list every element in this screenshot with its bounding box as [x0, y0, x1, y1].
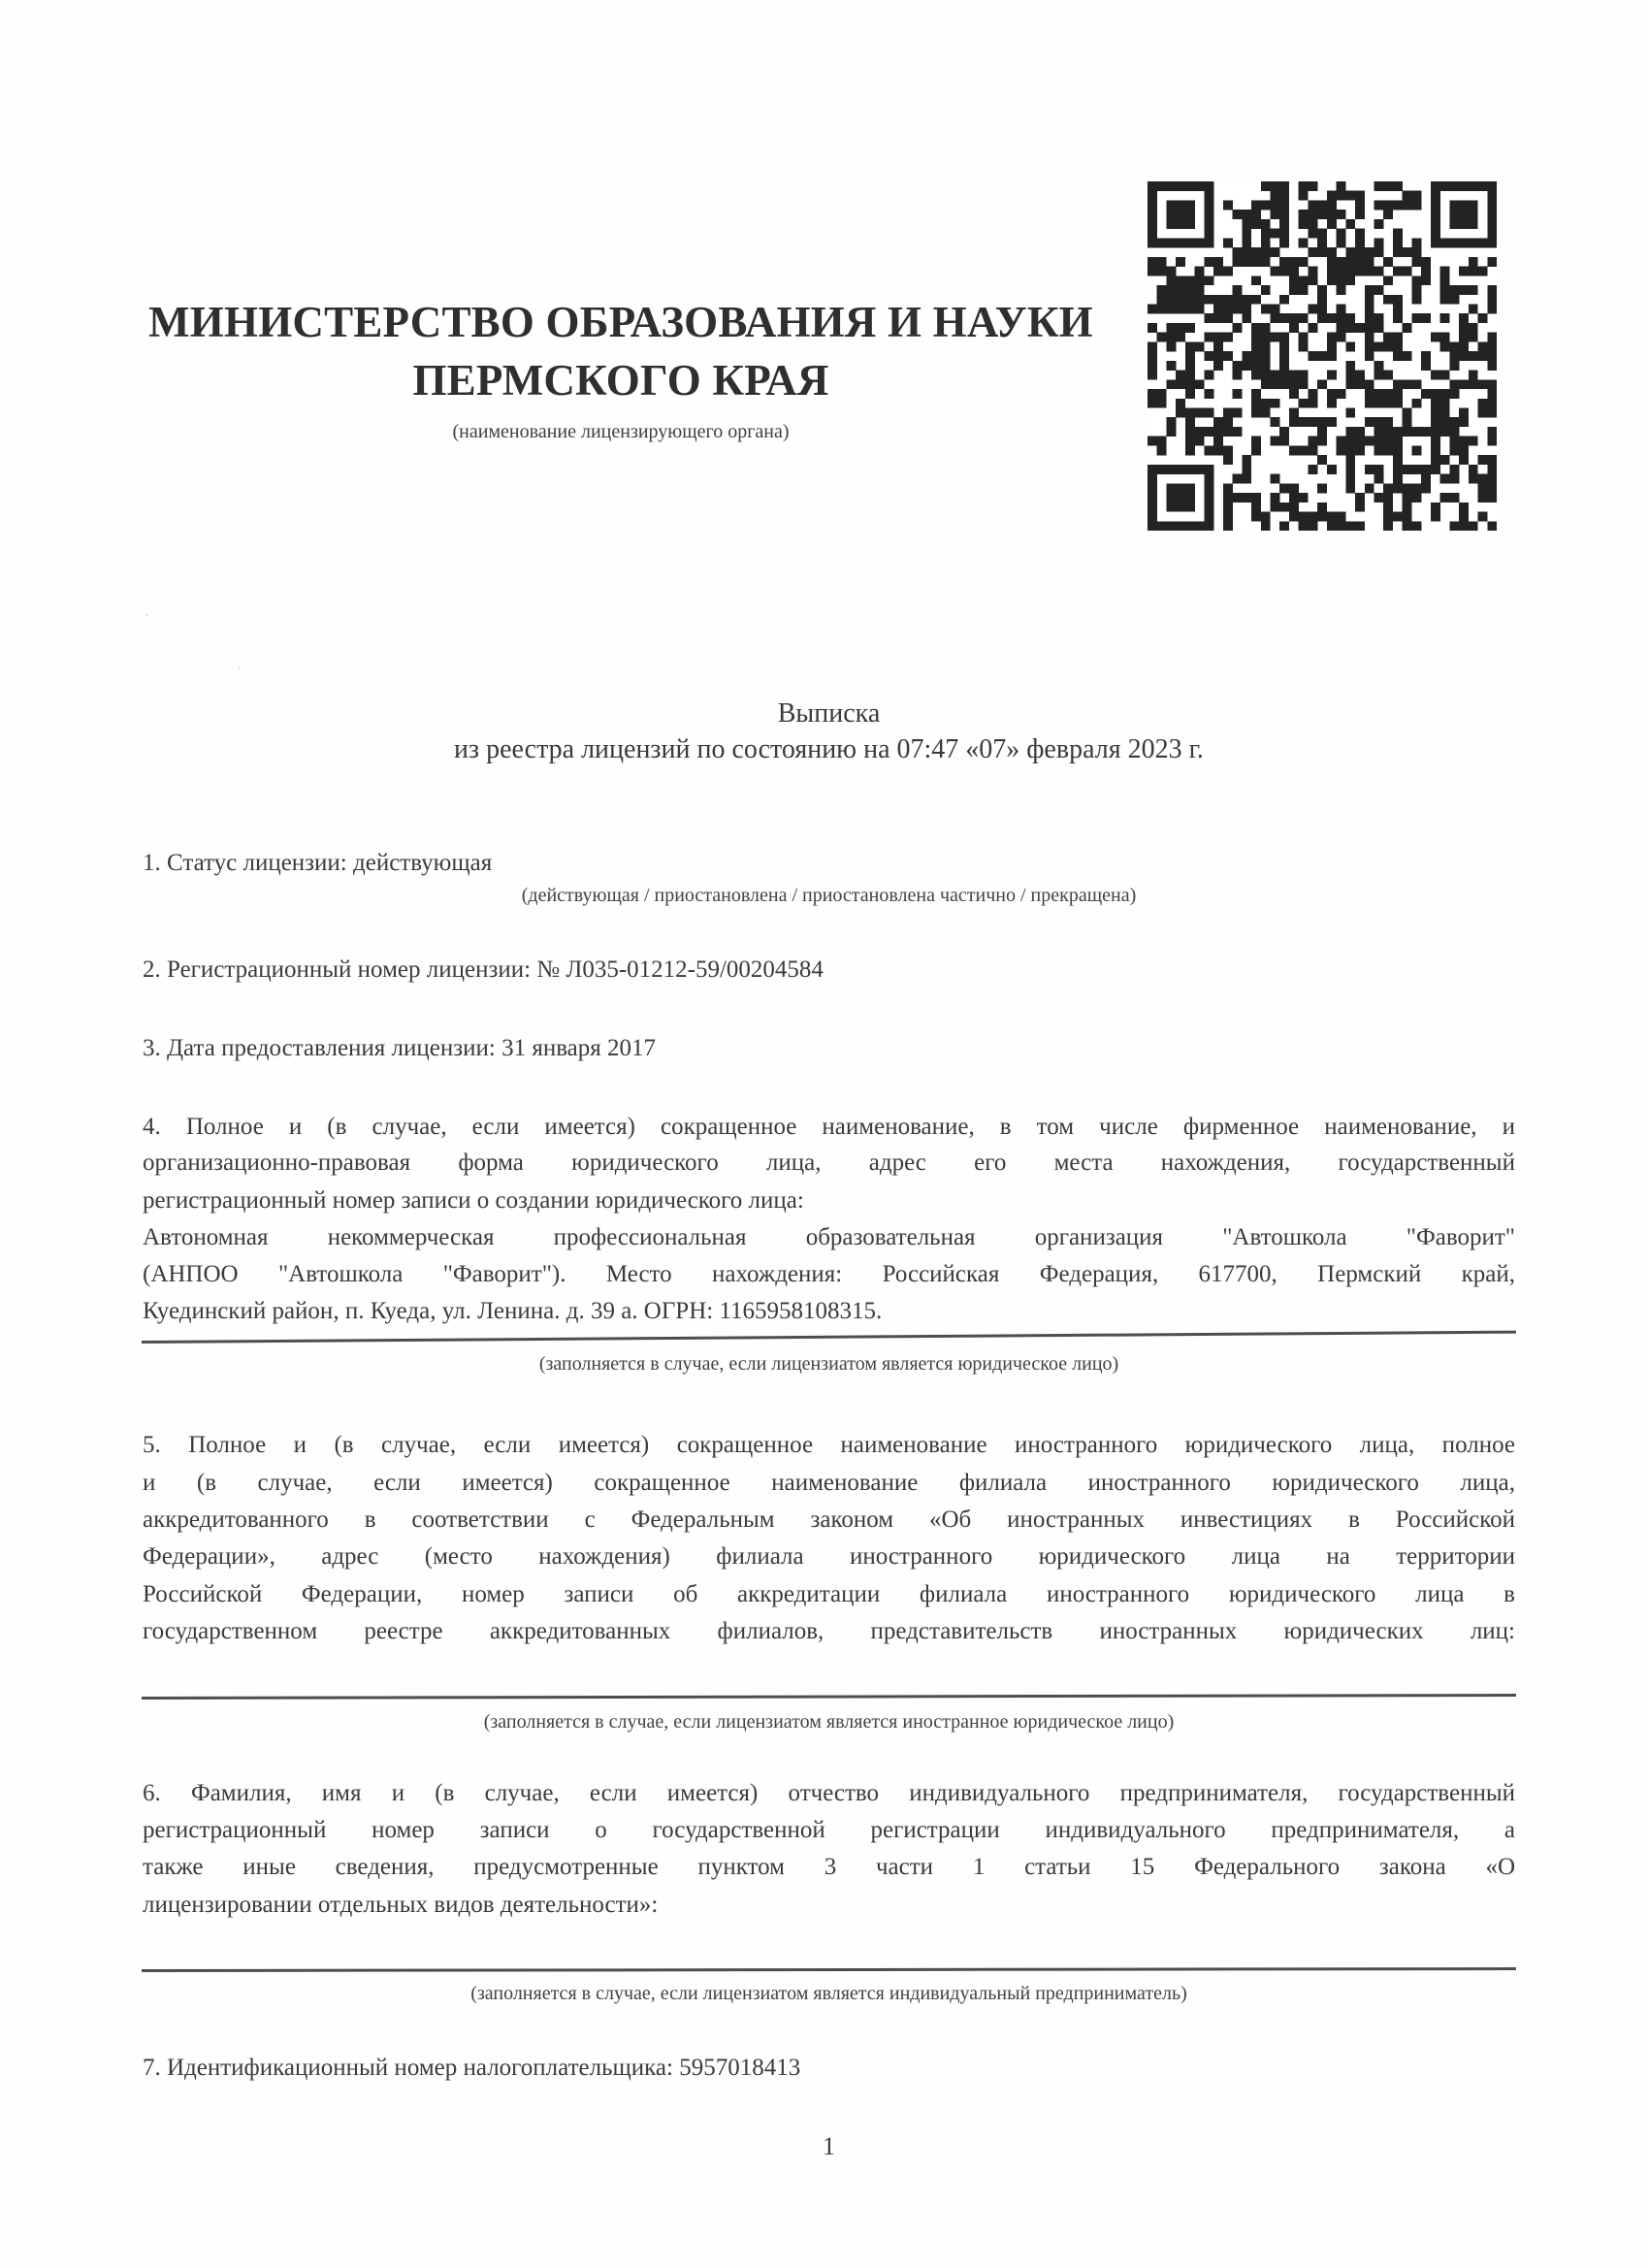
entrepreneur-rule [142, 1967, 1516, 1972]
extract-title: Выписка [143, 700, 1515, 728]
qr-code [1148, 181, 1497, 531]
page-number: 1 [143, 2134, 1515, 2159]
foreign-entity-rule [142, 1694, 1516, 1700]
license-status-hint: (действующая / приостановлена / приостан… [143, 886, 1515, 905]
legal-entity-line: регистрационный номер записи о создании … [143, 1188, 1515, 1213]
foreign-entity-line: Федерации», адрес (место нахождения) фил… [143, 1544, 1515, 1569]
foreign-entity-line: Российской Федерации, номер записи об ак… [143, 1582, 1515, 1606]
license-issue-date: 3. Дата предоставления лицензии: 31 янва… [143, 1036, 1515, 1060]
taxpayer-id: 7. Идентификационный номер налогоплатель… [143, 2056, 1515, 2080]
foreign-entity-line: и (в случае, если имеется) сокращенное н… [143, 1471, 1515, 1495]
license-status: 1. Статус лицензии: действующая [143, 851, 1515, 875]
legal-entity-rule [142, 1331, 1516, 1344]
foreign-entity-line: государственном реестре аккредитованных … [143, 1619, 1515, 1643]
authority-name-line-1: МИНИСТЕРСТВО ОБРАЗОВАНИЯ И НАУКИ [116, 301, 1125, 344]
legal-entity-line: организационно-правовая форма юридическо… [143, 1150, 1515, 1175]
qr-code-icon [1148, 181, 1497, 531]
authority-caption: (наименование лицензирующего органа) [116, 422, 1125, 441]
entrepreneur-line: также иные сведения, предусмотренные пун… [143, 1855, 1515, 1879]
scan-artifact [145, 614, 148, 616]
entrepreneur-line: 6. Фамилия, имя и (в случае, если имеетс… [143, 1781, 1515, 1805]
legal-entity-value-line: Автономная некоммерческая профессиональн… [143, 1225, 1515, 1249]
foreign-entity-line: 5. Полное и (в случае, если имеется) сок… [143, 1433, 1515, 1457]
foreign-entity-line: аккредитованного в соответствии с Федера… [143, 1507, 1515, 1532]
document-page: МИНИСТЕРСТВО ОБРАЗОВАНИЯ И НАУКИ ПЕРМСКО… [0, 0, 1649, 2268]
legal-entity-line: 4. Полное и (в случае, если имеется) сок… [143, 1115, 1515, 1139]
scan-artifact [238, 667, 241, 669]
legal-entity-value-line: Куединский район, п. Куеда, ул. Ленина. … [143, 1299, 1515, 1323]
entrepreneur-hint: (заполняется в случае, если лицензиатом … [143, 1984, 1515, 2003]
legal-entity-value-line: (АНПОО "Автошкола "Фаворит"). Место нахо… [143, 1262, 1515, 1286]
entrepreneur-line: лицензировании отдельных видов деятельно… [143, 1893, 1515, 1917]
foreign-entity-hint: (заполняется в случае, если лицензиатом … [143, 1712, 1515, 1732]
extract-subtitle: из реестра лицензий по состоянию на 07:4… [143, 736, 1515, 763]
entrepreneur-line: регистрационный номер записи о государст… [143, 1818, 1515, 1842]
authority-name-line-2: ПЕРМСКОГО КРАЯ [116, 359, 1125, 403]
license-registration-number: 2. Регистрационный номер лицензии: № Л03… [143, 957, 1515, 982]
legal-entity-hint: (заполняется в случае, если лицензиатом … [143, 1354, 1515, 1374]
